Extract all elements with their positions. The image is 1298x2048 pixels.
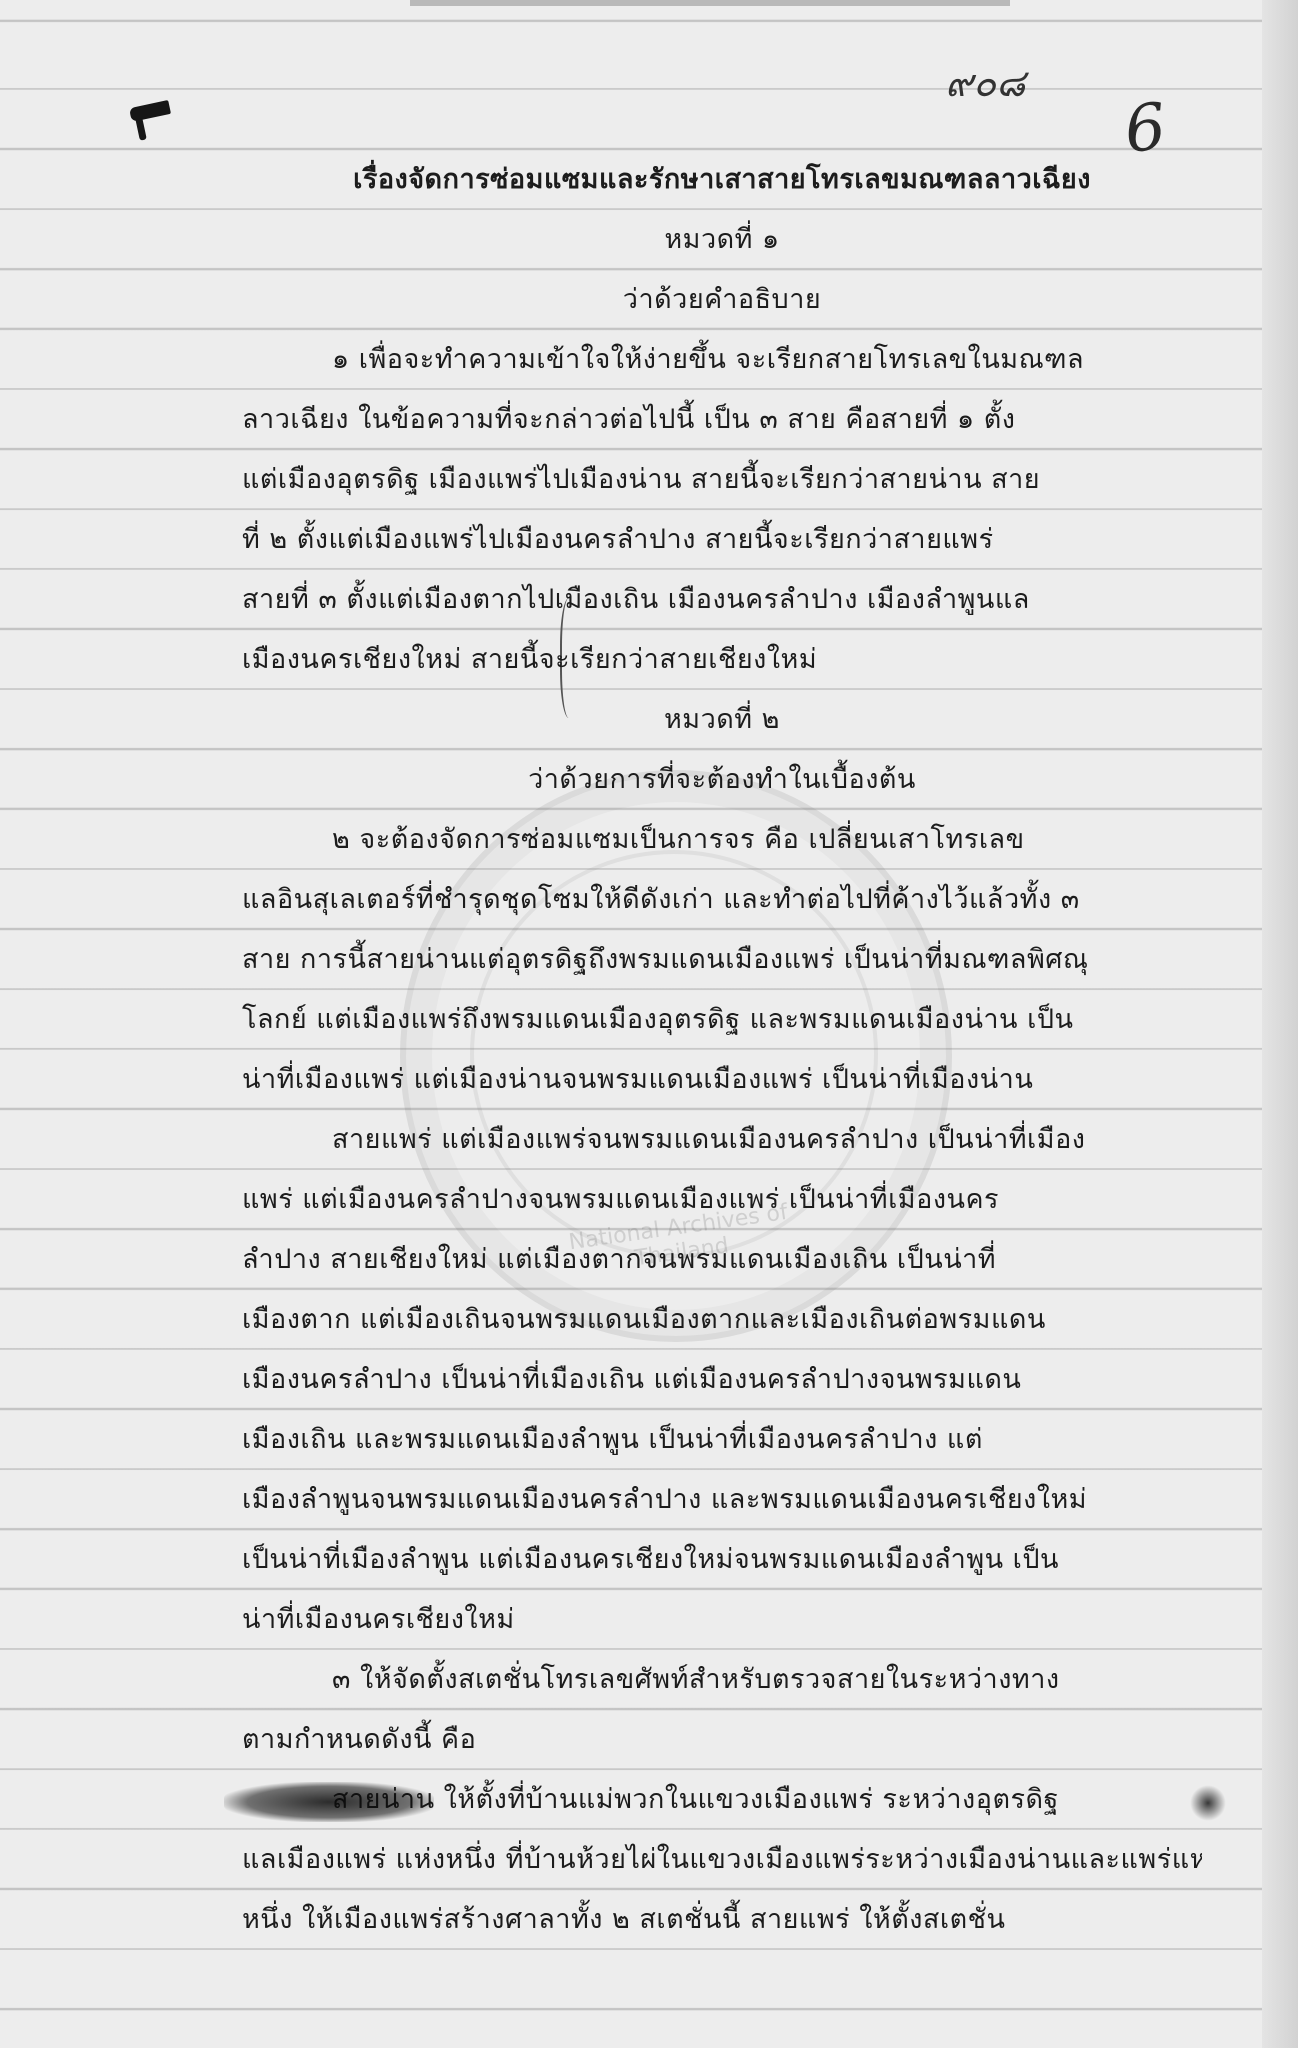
paragraph-line: แต่เมืองอุตรดิฐ เมืองแพร่ไปเมืองน่าน สาย… bbox=[242, 450, 1202, 510]
margin-ink-mark bbox=[129, 100, 171, 122]
paragraph-line: หนึ่ง ให้เมืองแพร่สร้างศาลาทั้ง ๒ สเตชั่… bbox=[242, 1890, 1202, 1950]
document-title: เรื่องจัดการซ่อมแซมและรักษาเสาสายโทรเลขม… bbox=[242, 150, 1202, 210]
paragraph-line: แลอินสุเลเตอร์ที่ชำรุดชุดโซมให้ดีดังเก่า… bbox=[242, 870, 1202, 930]
page-number: ๙๐๘ bbox=[945, 52, 1025, 113]
section-subheading: ว่าด้วยการที่จะต้องทำในเบื้องต้น bbox=[242, 750, 1202, 810]
scan-top-edge bbox=[410, 0, 1010, 6]
paragraph-line: แพร่ แต่เมืองนครลำปางจนพรมแดนเมืองแพร่ เ… bbox=[242, 1170, 1202, 1230]
paragraph-line: แลเมืองแพร่ แห่งหนึ่ง ที่บ้านห้วยไผ่ในแข… bbox=[242, 1830, 1202, 1890]
paragraph-line: สายแพร่ แต่เมืองแพร่จนพรมแดนเมืองนครลำปา… bbox=[242, 1110, 1202, 1170]
paragraph-line: ลาวเฉียง ในข้อความที่จะกล่าวต่อไปนี้ เป็… bbox=[242, 390, 1202, 450]
paragraph-line: ที่ ๒ ตั้งแต่เมืองแพร่ไปเมืองนครลำปาง สา… bbox=[242, 510, 1202, 570]
section-heading: หมวดที่ ๒ bbox=[242, 690, 1202, 750]
paragraph-line: น่าที่เมืองแพร่ แต่เมืองน่านจนพรมแดนเมือ… bbox=[242, 1050, 1202, 1110]
ink-redaction-blot bbox=[224, 1782, 434, 1822]
paragraph-line: เมืองนครลำปาง เป็นน่าที่เมืองเถิน แต่เมื… bbox=[242, 1350, 1202, 1410]
ink-blot bbox=[1190, 1785, 1226, 1821]
paragraph-line: น่าที่เมืองนครเชียงใหม่ bbox=[242, 1590, 1202, 1650]
paragraph-line: สายที่ ๓ ตั้งแต่เมืองตากไปเมืองเถิน เมือ… bbox=[242, 570, 1202, 630]
paragraph-line: เมืองลำพูนจนพรมแดนเมืองนครลำปาง และพรมแด… bbox=[242, 1470, 1202, 1530]
paragraph-line: สาย การนี้สายน่านแต่อุตรดิฐถึงพรมแดนเมือ… bbox=[242, 930, 1202, 990]
paragraph-line: ๑ เพื่อจะทำความเข้าใจให้ง่ายขึ้น จะเรียก… bbox=[242, 330, 1202, 390]
section-heading: หมวดที่ ๑ bbox=[242, 210, 1202, 270]
paragraph-line: ลำปาง สายเชียงใหม่ แต่เมืองตากจนพรมแดนเม… bbox=[242, 1230, 1202, 1290]
document-body: เรื่องจัดการซ่อมแซมและรักษาเสาสายโทรเลขม… bbox=[242, 150, 1202, 1950]
paragraph-line: ๒ จะต้องจัดการซ่อมแซมเป็นการจร คือ เปลี่… bbox=[242, 810, 1202, 870]
paragraph-line: เมืองตาก แต่เมืองเถินจนพรมแดนเมืองตากและ… bbox=[242, 1290, 1202, 1350]
paragraph-line: เป็นน่าที่เมืองลำพูน แต่เมืองนครเชียงใหม… bbox=[242, 1530, 1202, 1590]
paragraph-line: โลกย์ แต่เมืองแพร่ถึงพรมแดนเมืองอุตรดิฐ … bbox=[242, 990, 1202, 1050]
paragraph-line: ตามกำหนดดังนี้ คือ bbox=[242, 1710, 1202, 1770]
paragraph-line: เมืองนครเชียงใหม่ สายนี้จะเรียกว่าสายเชี… bbox=[242, 630, 1202, 690]
section-subheading: ว่าด้วยคำอธิบาย bbox=[242, 270, 1202, 330]
scan-right-edge bbox=[1262, 0, 1298, 2048]
document-page: National Archives of Thailand ๙๐๘ 6 เรื่… bbox=[0, 0, 1298, 2048]
paragraph-line: เมืองเถิน และพรมแดนเมืองลำพูน เป็นน่าที่… bbox=[242, 1410, 1202, 1470]
paragraph-line: ๓ ให้จัดตั้งสเตชั่นโทรเลขศัพท์สำหรับตรวจ… bbox=[242, 1650, 1202, 1710]
